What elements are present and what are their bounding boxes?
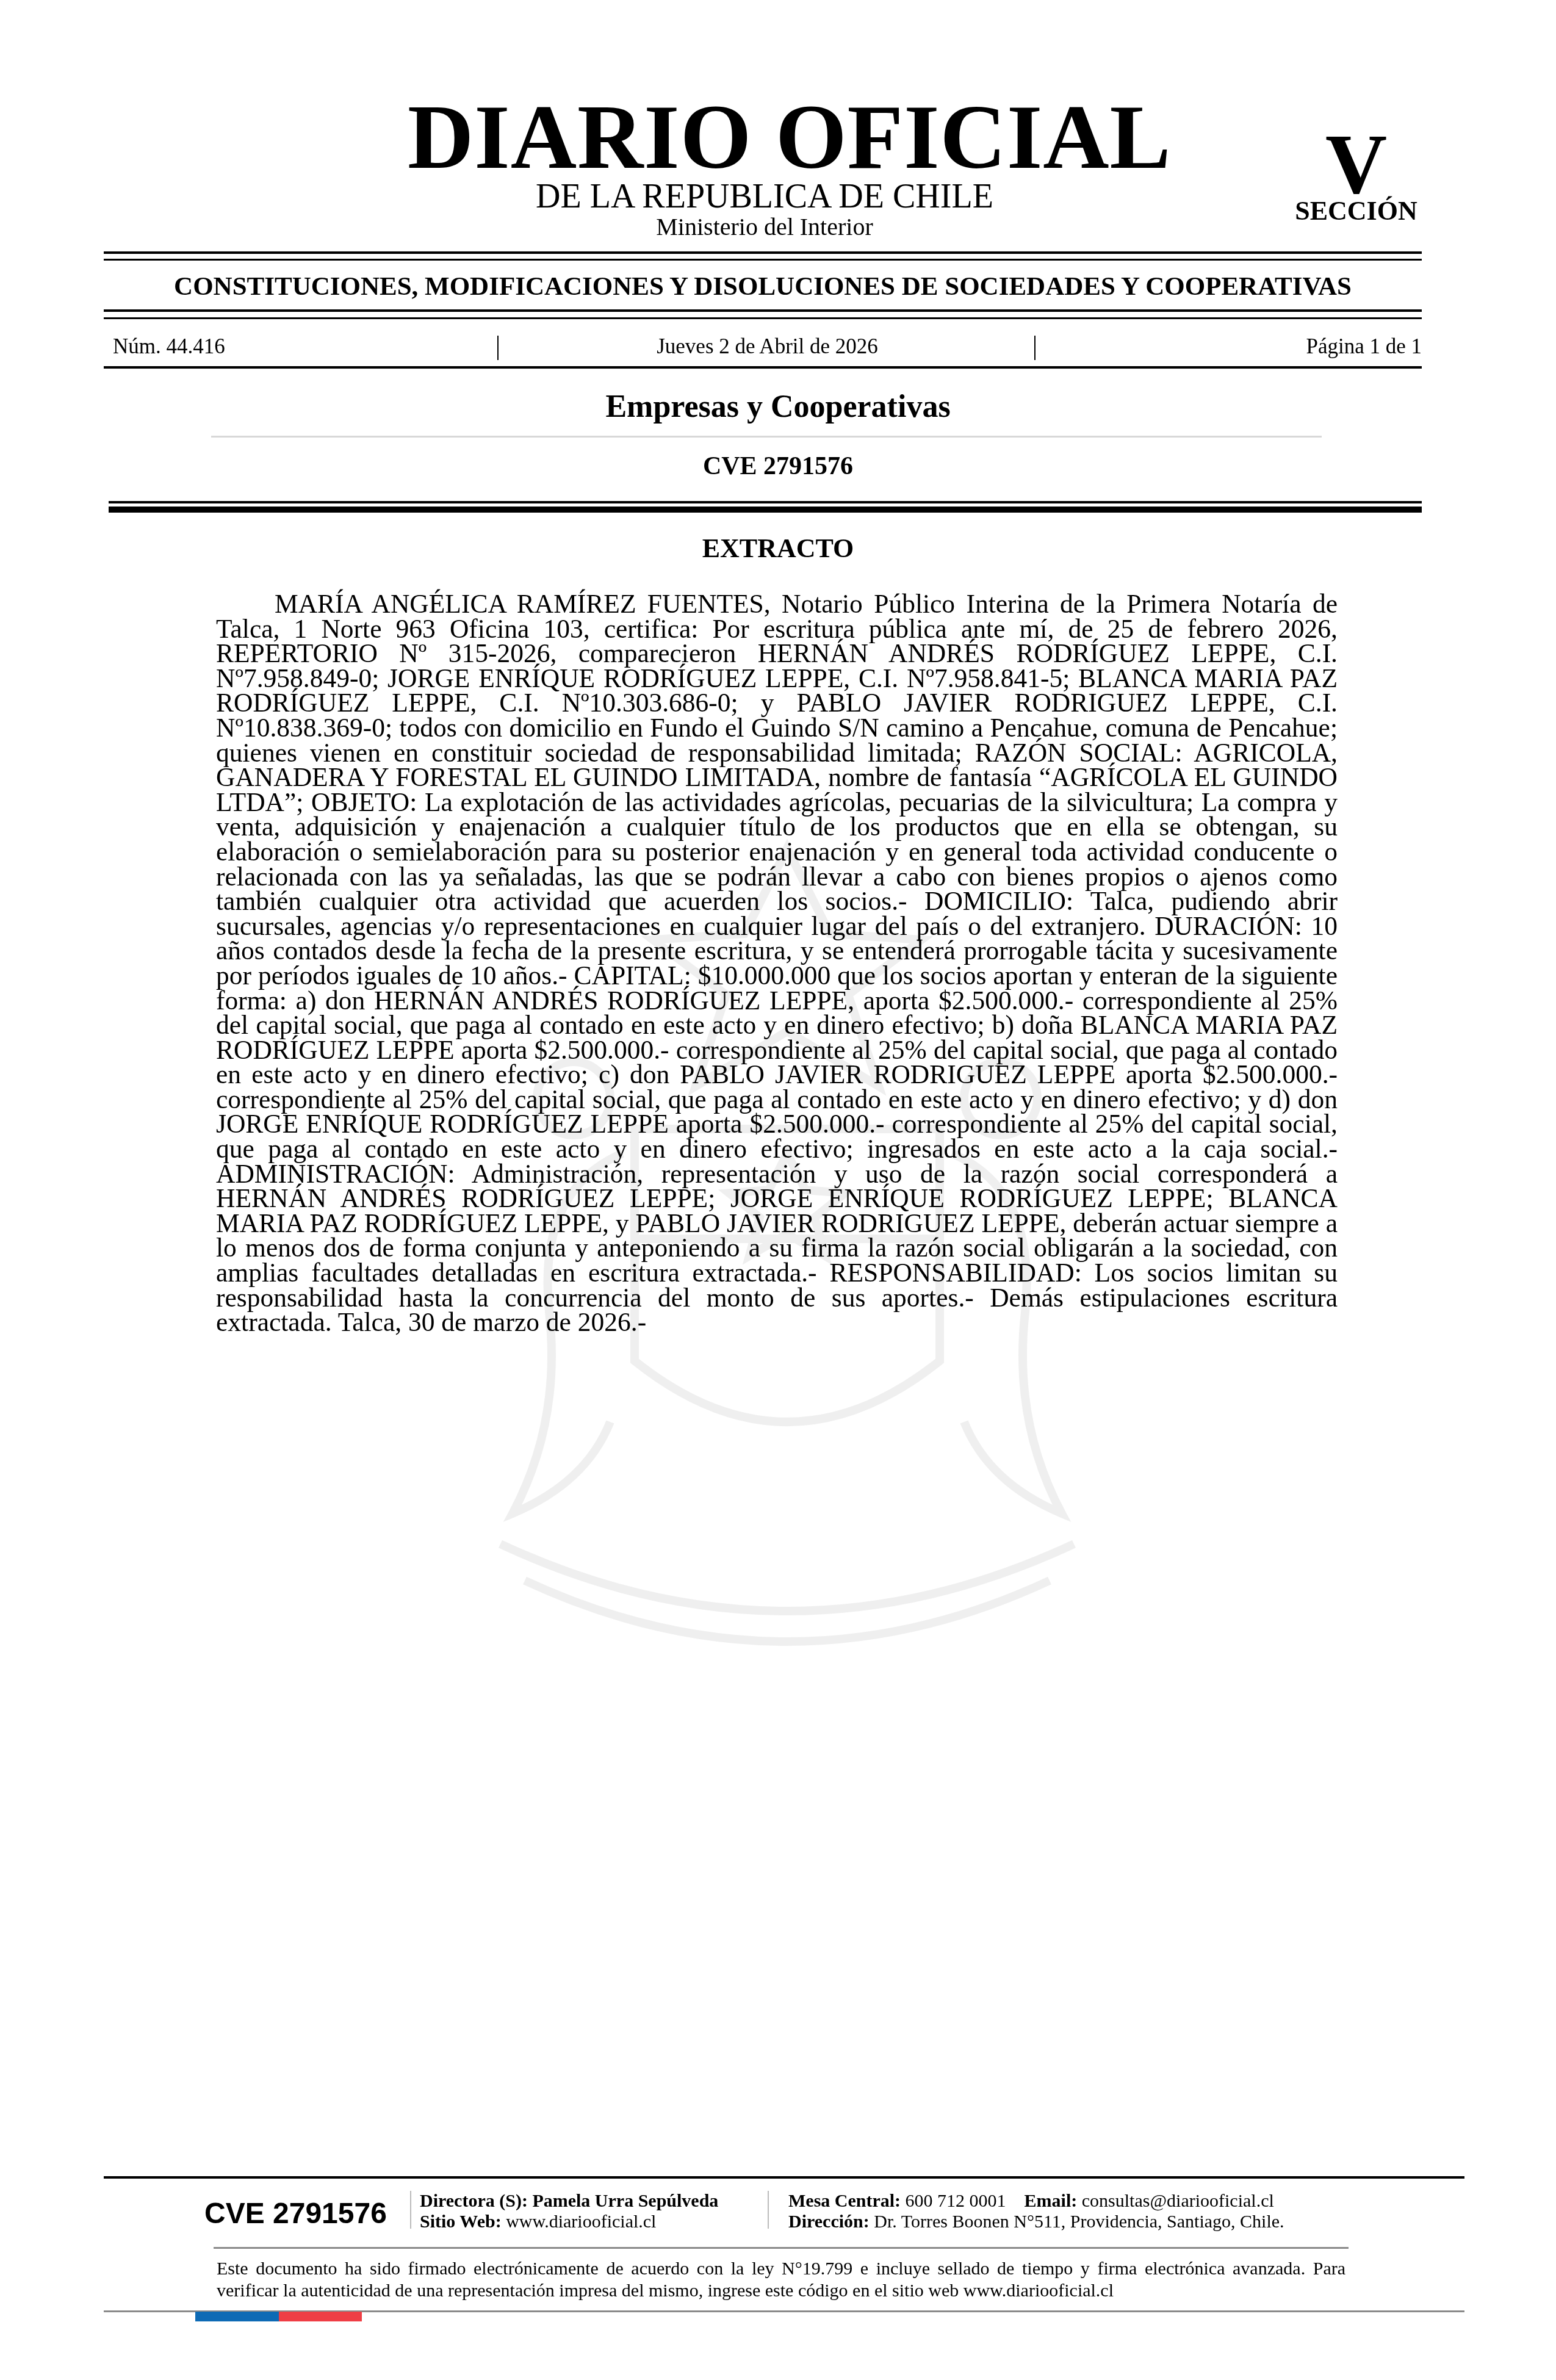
category-title: Empresas y Cooperativas	[207, 388, 1349, 427]
address-label: Dirección:	[788, 2212, 870, 2232]
footer-divider-1	[410, 2191, 411, 2229]
flag-red-stripe	[279, 2312, 362, 2321]
email-label: Email:	[1025, 2191, 1078, 2211]
website-link[interactable]: www.diariooficial.cl	[506, 2212, 656, 2232]
footer-contact-block: Mesa Central: 600 712 0001 Email: consul…	[788, 2191, 1284, 2232]
header-rule-top-1	[104, 251, 1422, 254]
phone-number: 600 712 0001	[906, 2191, 1006, 2211]
cve-code: CVE 2791576	[207, 449, 1349, 483]
meta-divider-right	[1034, 336, 1036, 360]
director-label: Directora (S):	[420, 2191, 528, 2211]
cve-rule-thick	[109, 507, 1422, 513]
footer-cve-code: CVE 2791576	[204, 2190, 400, 2238]
flag-blue-stripe	[195, 2312, 279, 2321]
section-numeral: V	[1294, 122, 1419, 207]
issue-meta-row: Núm. 44.416 Jueves 2 de Abril de 2026 Pá…	[113, 330, 1422, 364]
footer-legal-divider	[214, 2247, 1349, 2249]
issue-number: Núm. 44.416	[113, 334, 549, 359]
address-value: Dr. Torres Boonen N°511, Providencia, Sa…	[874, 2212, 1284, 2232]
meta-divider-left	[497, 336, 499, 360]
banner-rule-bottom-1	[104, 309, 1422, 312]
section-label: SECCIÓN	[1288, 197, 1425, 226]
meta-rule-bottom	[104, 366, 1422, 369]
footer-legal-notice: Este documento ha sido firmado electróni…	[217, 2258, 1345, 2302]
banner-rule-bottom-2	[104, 317, 1422, 319]
page-indicator: Página 1 de 1	[985, 334, 1422, 359]
extract-body: MARÍA ANGÉLICA RAMÍREZ FUENTES, Notario …	[216, 592, 1338, 1335]
issue-date: Jueves 2 de Abril de 2026	[549, 334, 985, 359]
category-divider	[211, 436, 1322, 438]
extract-title: EXTRACTO	[207, 531, 1349, 566]
footer-director-block: Directora (S): Pamela Urra Sepúlveda Sit…	[420, 2191, 718, 2232]
header-rule-top-2	[104, 259, 1422, 261]
footer-rule	[104, 2176, 1464, 2179]
director-name: Pamela Urra Sepúlveda	[532, 2191, 718, 2211]
footer-divider-2	[768, 2191, 769, 2229]
email-link[interactable]: consultas@diariooficial.cl	[1082, 2191, 1274, 2211]
masthead-ministry: Ministerio del Interior	[408, 214, 1122, 240]
cve-rule-thin	[109, 501, 1422, 503]
section-banner: CONSTITUCIONES, MODIFICACIONES Y DISOLUC…	[104, 269, 1422, 305]
website-label: Sitio Web:	[420, 2212, 502, 2232]
masthead-title: DIARIO OFICIAL	[408, 92, 1122, 183]
phone-label: Mesa Central:	[788, 2191, 901, 2211]
masthead-subtitle: DE LA REPUBLICA DE CHILE	[408, 178, 1122, 215]
